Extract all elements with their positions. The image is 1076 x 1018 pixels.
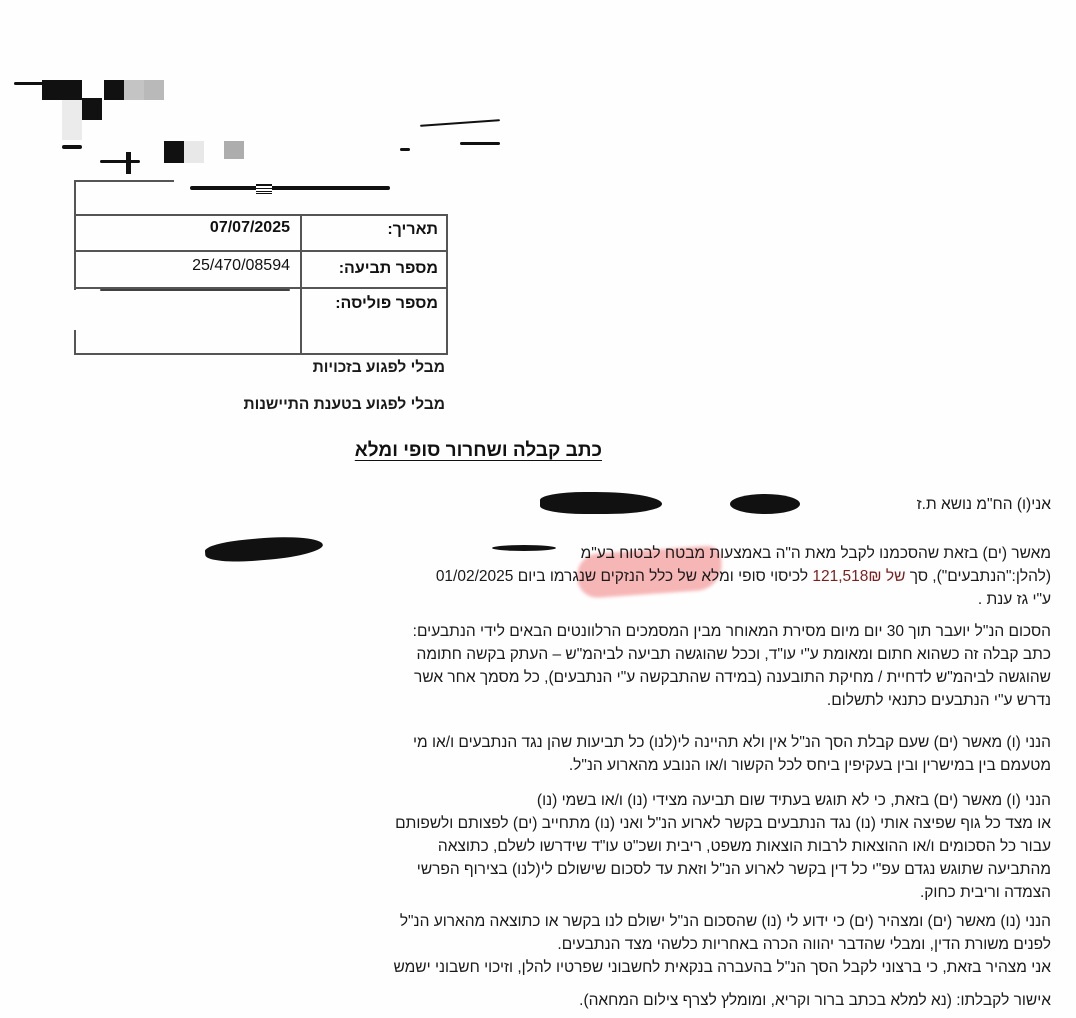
redacted-id-number: [540, 492, 662, 514]
paragraph-line: הנני (נו) מאשר (ים) ומצהיר (ים) כי ידוע …: [91, 910, 1051, 933]
paragraph-line: שהוגשה לביהמ"ש לדחיית / מחיקת התובענה (ב…: [91, 666, 1051, 689]
text-fragment: (להלן:"הנתבעים"), סך: [905, 568, 1051, 585]
settlement-amount: של 121,518₪: [812, 568, 905, 585]
claim-number-label: מספר תביעה:: [339, 260, 438, 278]
page-title: כתב קבלה ושחרור סופי ומלא: [355, 440, 602, 462]
redacted-name: [730, 494, 800, 514]
paragraph-line: הנני (ו) מאשר (ים) שעם קבלת הסך הנ"ל אין…: [91, 731, 1051, 754]
paragraph-line: הנני (ו) מאשר (ים) בזאת, כי לא תוגש בעתי…: [91, 789, 1051, 812]
date-value: 07/07/2025: [210, 219, 290, 237]
date-label: תאריך:: [387, 221, 438, 239]
paragraph-payment-terms: הסכום הנ"ל יועבר תוך 30 יום מיום מסירת ה…: [91, 620, 1051, 712]
paragraph-line: הצמדה וריבית כחוק.: [91, 881, 1051, 904]
paragraph-line: הסכום הנ"ל יועבר תוך 30 יום מיום מסירת ה…: [91, 620, 1051, 643]
paragraph-line: אני מצהיר בזאת, כי ברצוני לקבל הסך הנ"ל …: [91, 956, 1051, 979]
paragraph-line: (להלן:"הנתבעים"), סך של 121,518₪ לכיסוי …: [91, 565, 1051, 588]
text-fragment: לכיסוי סופי ומלא של כלל הנזקים שנגרמו בי…: [436, 568, 813, 585]
intro-line: אני(ו) הח"מ נושא ת.ז: [917, 496, 1051, 514]
disclaimer-rights: מבלי לפגוע בזכויות: [313, 359, 445, 377]
scanned-document-page: תאריך: 07/07/2025 מספר תביעה: 25/470/085…: [0, 0, 1076, 1018]
table-row-claim-number: מספר תביעה: 25/470/08594: [76, 250, 446, 288]
claim-info-table: תאריך: 07/07/2025 מספר תביעה: 25/470/085…: [74, 214, 448, 355]
policy-number-label: מספר פוליסה:: [335, 295, 438, 313]
redaction-mark-icon: [256, 184, 272, 194]
paragraph-declaration: הנני (נו) מאשר (ים) ומצהיר (ים) כי ידוע …: [91, 910, 1051, 979]
paragraph-line: ע"י גז ענת .: [91, 588, 1051, 611]
paragraph-indemnification: הנני (ו) מאשר (ים) בזאת, כי לא תוגש בעתי…: [91, 789, 1051, 904]
paragraph-line: עבור כל הסכומים ו/או ההוצאות לרבות הוצאו…: [91, 835, 1051, 858]
disclaimer-limitation: מבלי לפגוע בטענת התיישנות: [243, 396, 445, 414]
paragraph-line: מטעמם בין במישרין ובין בעקיפין ביחס לכל …: [91, 754, 1051, 777]
paragraph-line: מהתביעה שתוגש נגדם עפ"י כל דין בקשר לארו…: [91, 858, 1051, 881]
paragraph-line: נדרש ע"י הנתבעים כתנאי לתשלום.: [91, 689, 1051, 712]
table-frame-edge: [74, 180, 76, 216]
table-row-date: תאריך: 07/07/2025: [76, 214, 446, 250]
receipt-confirmation-line: אישור לקבלתו: (נא למלא בכתב ברור וקריא, …: [579, 992, 1051, 1010]
claim-number-value: 25/470/08594: [192, 257, 290, 275]
paragraph-line: או מצד כל גוף שפיצה אותי (נו) נגד הנתבעי…: [91, 812, 1051, 835]
paragraph-waiver-of-claims: הנני (ו) מאשר (ים) שעם קבלת הסך הנ"ל אין…: [91, 731, 1051, 777]
paragraph-line: לפנים משורת הדין, ומבלי שהדבר יהווה הכרה…: [91, 933, 1051, 956]
redacted-policy-stroke: [100, 289, 290, 291]
redacted-address-line: [190, 186, 390, 190]
redacted-insured-name: [492, 545, 556, 551]
table-frame-edge: [74, 180, 174, 182]
paragraph-line: כתב קבלה זה כשהוא חתום ומאומת ע"י עו"ד, …: [91, 643, 1051, 666]
redacted-policy-number: [0, 290, 300, 330]
